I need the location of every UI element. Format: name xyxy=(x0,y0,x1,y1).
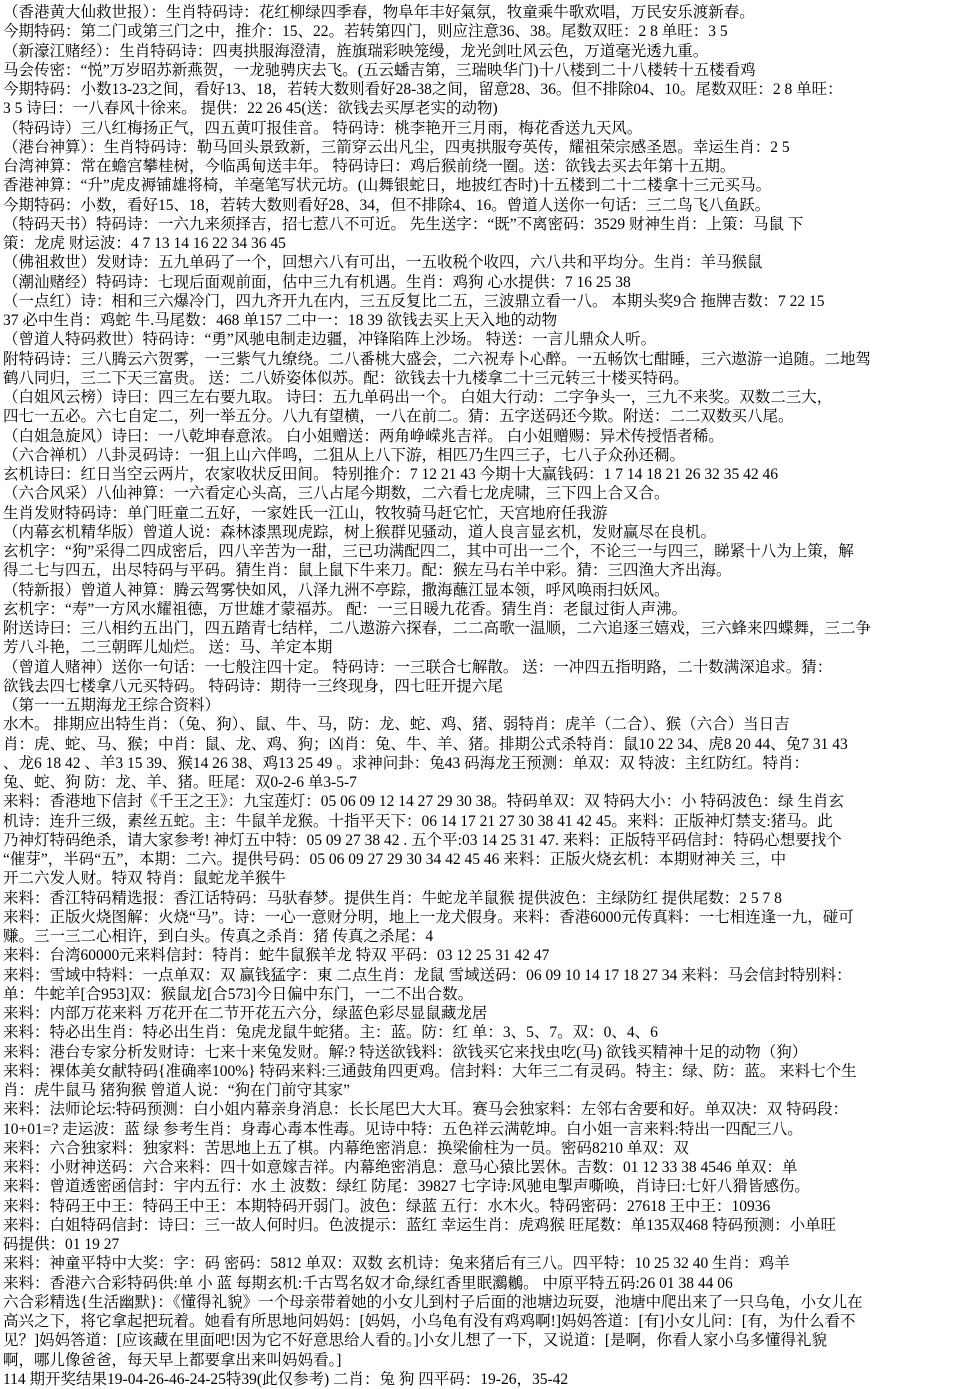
text-line: 高兴之下，将它拿起把玩着。她看有所思地问妈妈：[妈妈，小乌龟有没有鸡鸡啊!]妈妈… xyxy=(3,1312,953,1331)
text-line: 来料：香港地下信封《千王之王》：九宝莲灯：05 06 09 12 14 27 2… xyxy=(3,792,953,811)
text-line: 附送诗曰：三八相约五出门，四五踏青七结样，二八遨游六探春，二二高歌一温顺，二六追… xyxy=(3,619,953,638)
lottery-tip-sheet: （香港黄大仙救世报）：生肖特码诗：花红柳绿四季春，物阜年丰好氣氛，牧童乘牛歌欢唱… xyxy=(0,0,953,1389)
text-line: 今期特码：第二门或第三门之中，推介：15、22。若转第四门，则应注意36、38。… xyxy=(3,22,953,41)
text-line: 今期特码：小数，看好15、18，若转大数则看好28、34，但不排除4、16。曾道… xyxy=(3,196,953,215)
text-line: （白姐急旋风）诗曰：一八乾坤春意浓。 白小姐赠送：两角峥嵘兆吉祥。 白小姐赠赐：… xyxy=(3,427,953,446)
text-line: 策：龙虎 财运波：4 7 13 14 16 22 34 36 45 xyxy=(3,234,953,253)
text-line: 、龙6 18 42 、羊3 15 39、猴14 26 38、鸡13 25 49 … xyxy=(3,754,953,773)
text-line: 兔、蛇、狗 防：龙、羊、猪。旺尾：双0-2-6 单3-5-7 xyxy=(3,773,953,792)
text-line: （香港黄大仙救世报）：生肖特码诗：花红柳绿四季春，物阜年丰好氣氛，牧童乘牛歌欢唱… xyxy=(3,3,953,22)
text-line: 欲钱去四七楼拿八元买特码。 特码诗：期待一三终现身，四七旺开提六尾 xyxy=(3,677,953,696)
text-line: 啊，哪儿像爸爸，每天早上都要拿出来叫妈妈看。] xyxy=(3,1351,953,1370)
text-line: 来料：香江特码精选报：香江话特码：马驮春梦。提供生肖：牛蛇龙羊鼠猴 提供波色：主… xyxy=(3,889,953,908)
text-line: 来料：六合独家料：独家料：苦思地上五了棋。内幕绝密消息：换梁偷柱为一员。密码82… xyxy=(3,1139,953,1158)
text-line: 机诗：连升三级，素丝五蛇。主：牛鼠羊龙猴。十指平天下：06 14 17 21 2… xyxy=(3,812,953,831)
text-line: 今期特码：小数13-23之间，看好13、18，若转大数则看好28-38之间，留意… xyxy=(3,80,953,99)
text-line: 生肖发财特码诗：单门旺童二五好，一家姓氏一江山，牧牧骑马赶它忙，天宫地府任我游 xyxy=(3,504,953,523)
text-line: 马会传密：“悦”万岁昭苏新燕贺，一龙驰骋庆去飞。(五云蟠吉第，三瑞映华门)十八楼… xyxy=(3,61,953,80)
text-line: 玄机诗曰：红日当空云两片，农家收状反田间。 特别推介：7 12 21 43 今期… xyxy=(3,465,953,484)
text-line: 得二七与四五，出尽特码与平码。猜生肖：鼠上鼠下牛来刀。配：猴左马右羊中彩。猜：三… xyxy=(3,561,953,580)
text-line: 芳八斗艳，二三朝晖儿灿烂。 送：马、羊定本期 xyxy=(3,638,953,657)
text-line: 水木。 排期应出特生肖：（兔、狗）、鼠、牛、马，防：龙、蛇、鸡、猪、弱特肖：虎羊… xyxy=(3,715,953,734)
text-line: 乃神灯特码绝杀，请大家参考! 神灯五中特：05 09 27 38 42 . 五个… xyxy=(3,831,953,850)
text-line: 开二六发人财。特双 特肖：鼠蛇龙羊猴牛 xyxy=(3,869,953,888)
text-line: 见？]妈妈答道：[应该藏在里面吧!因为它不好意思给人看的。]小女儿想了一下，又说… xyxy=(3,1331,953,1350)
text-line: （一点红）诗：相和三六爆冷门，四九齐开九在内，三五反复比二五，三波鼎立看一八。 … xyxy=(3,292,953,311)
text-line: （新濠江赌经）：生肖特码诗：四夷拱服海澄清，旌旗瑞彩映笼缦，龙光剑吐风云色，万道… xyxy=(3,42,953,61)
text-line: 来料：内部万花来料 万花开在二节开花五六分，绿蓝色彩尽显鼠藏龙居 xyxy=(3,1004,953,1023)
text-line: 玄机字：“寿”一方风水耀祖德，万世雄才蒙福苏。 配：一三日暖九花香。猜生肖：老鼠… xyxy=(3,600,953,619)
text-line: 来料：白姐特码信封：诗曰：三一故人何时归。色波提示：蓝红 幸运生肖：虎鸡猴 旺尾… xyxy=(3,1216,953,1235)
text-line: 来料：裸体美女献特码{准确率100%} 特码来料:三通鼓角四更鸡。信封料：大年三… xyxy=(3,1062,953,1081)
text-line: （佛祖救世）发财诗：五九单码了一个，回想六八有可出，一五收税个收四，六八共和平均… xyxy=(3,253,953,272)
text-line: 台湾神算：常在蟾宫攀桂树，今临禹甸送丰年。 特码诗曰：鸡后猴前绕一圈。送：欲钱去… xyxy=(3,157,953,176)
text-line: （曾道人赌神）送你一句话：一七般注四十定。 特码诗：一三联合七解散。 送：一冲四… xyxy=(3,658,953,677)
text-line: （潮汕赌经）特码诗：七现后面观前面，估中三九有机遇。生肖：鸡狗 心水提供：7 1… xyxy=(3,273,953,292)
text-line: 赚。三一三二心相许，到白头。传真之杀肖：猪 传真之杀尾：4 xyxy=(3,927,953,946)
text-line: 来料：雪域中特料：一点单双：双 赢钱猛字：東 二点生肖：龙鼠 雪域送码：06 0… xyxy=(3,966,953,985)
text-line: 来料：港台专家分析发财诗：七来十来兔发财。解:? 特送欲钱料：欲钱买它来找虫吃(… xyxy=(3,1043,953,1062)
text-line: 10+01=? 走运波：蓝 绿 参考生肖：身毒心毒本性毒。见诗中特：五色祥云满乾… xyxy=(3,1120,953,1139)
text-line: 单：牛蛇羊[合953]双：猴鼠龙[合573]今日偏中东门，一二不出合数。 xyxy=(3,985,953,1004)
text-line: 鹤八同归，三二下天三富贵。 送：二八娇姿体似苏。配：欲钱去十九楼拿二十三元转三十… xyxy=(3,369,953,388)
text-line: 来料：正版火烧图解：火烧“马”。诗：一心一意财分明，地上一龙犬假身。来料：香港6… xyxy=(3,908,953,927)
text-line: 肖：虎牛鼠马 猪狗猴 曾道人说：“狗在门前守其家” xyxy=(3,1081,953,1100)
text-line: 3 5 诗曰：一八春风十徐来。 提供：22 26 45(送：欲钱去买厚老实的动物… xyxy=(3,99,953,118)
text-line: 肖：虎、蛇、马、猴；中肖：鼠、龙、鸡、狗；凶肖：兔、牛、羊、猪。排期公式杀特肖：… xyxy=(3,735,953,754)
text-line: 来料：特必出生肖：特必出生肖：兔虎龙鼠牛蛇猪。主：蓝。防：红 单：3、5、7。双… xyxy=(3,1023,953,1042)
text-line: （六合禅机）八卦灵码诗：一狙上山六伴鸣，二狙从上八下游，相匹乃生四三子，七八子众… xyxy=(3,446,953,465)
text-line: 来料：神童平特中大奖：字：码 密码：5812 单双：双数 玄机诗：兔来猪后有三八… xyxy=(3,1254,953,1273)
text-line: 114 期开奖结果19-04-26-46-24-25特39(此仅参考) 二肖：兔… xyxy=(3,1370,953,1389)
text-line: 来料：法师论坛:特码预测：白小姐内幕亲身消息：长长尾巴大大耳。赛马会独家料：左邻… xyxy=(3,1100,953,1119)
text-line: 来料：小财神送码：六合来料：四十如意嫁吉祥。内幕绝密消息：意马心猿比罢休。吉数：… xyxy=(3,1158,953,1177)
text-line: （特码诗）三八红梅扬正气，四五黄叮报佳音。 特码诗：桃李艳开三月雨，梅花香送九天… xyxy=(3,119,953,138)
text-line: （特码天书）特码诗：一六九来须择吉，招七惹八不可近。 先生送字：“既”不离密码：… xyxy=(3,215,953,234)
text-line: 来料：台湾60000元来料信封：特肖：蛇牛鼠猴羊龙 特双 平码：03 12 25… xyxy=(3,946,953,965)
text-line: 37 必中生肖：鸡蛇 牛.马尾数：468 单157 二中一：18 39 欲钱去买… xyxy=(3,311,953,330)
text-line: 玄机字：“狗”采得二四成密后，四八辛苦为一甜，三已功满配四二，其中可出一二个，不… xyxy=(3,542,953,561)
text-line: 来料：特码王中王：特码王中王：本期特码开弱门。波色：绿蓝 五行：水木火。特码密码… xyxy=(3,1197,953,1216)
text-line: （港台神算）：生肖特码诗：勒马回头景致新，三箭穿云出凡尘，四夷拱服夸英传，耀祖荣… xyxy=(3,138,953,157)
text-line: 来料：香港六合彩特码供:单 小 蓝 每期玄机:千古骂名奴才命,绿红香里眠鸂鶒。 … xyxy=(3,1274,953,1293)
text-line: （第一一五期海龙王综合资料） xyxy=(3,696,953,715)
text-line: （特新报）曾道人神算：腾云驾雾快如风，八泽九洲不亭踪，撒海蘸江显本领，呼风唤雨扫… xyxy=(3,581,953,600)
text-line: （白姐风云榜）诗曰：四三左右要九取。 诗曰：五九单码出一个。 白姐大行动：二字争… xyxy=(3,388,953,407)
text-line: （内幕玄机精华版）曾道人说：森林漆黑现虎踪，树上猴群见骚动，道人良言显玄机，发财… xyxy=(3,523,953,542)
text-line: （六合风采）八仙神算：一六看定心头高，三八占尾今期数，二六看七龙虎啸，三下四上合… xyxy=(3,484,953,503)
text-line: 附特码诗：三八腾云六贺雾，一三紫气九缭绕。二八番桃大盛会，二六祝寿卜心醉。一五畅… xyxy=(3,350,953,369)
document-body: （香港黄大仙救世报）：生肖特码诗：花红柳绿四季春，物阜年丰好氣氛，牧童乘牛歌欢唱… xyxy=(3,3,953,1389)
text-line: 来料：曾道透密函信封：宇内五行：水 土 波数：绿红 防尾：39827 七字诗:风… xyxy=(3,1177,953,1196)
text-line: （曾道人特码救世）特码诗：“勇”风驰电制走边疆，冲锋陷阵上沙场。 特送：一言儿鼎… xyxy=(3,330,953,349)
text-line: 六合彩精选{生活幽默}：《懂得礼貌》一个母亲带着她的小女儿到村子后面的池塘边玩耍… xyxy=(3,1293,953,1312)
text-line: 香港神算：“升”虎皮褥铺雄将椅，羊毫笔写状元坊。(山舞银蛇日，地披红杏时)十五楼… xyxy=(3,176,953,195)
text-line: “催芽”，半码“五”，本期：二六。提供号码：05 06 09 27 29 30 … xyxy=(3,850,953,869)
text-line: 四七一五必。六七自定二，列一举五分。八九有望横，一八在前二。猜：五字送码还今欺。… xyxy=(3,407,953,426)
text-line: 码提供：01 19 27 xyxy=(3,1235,953,1254)
